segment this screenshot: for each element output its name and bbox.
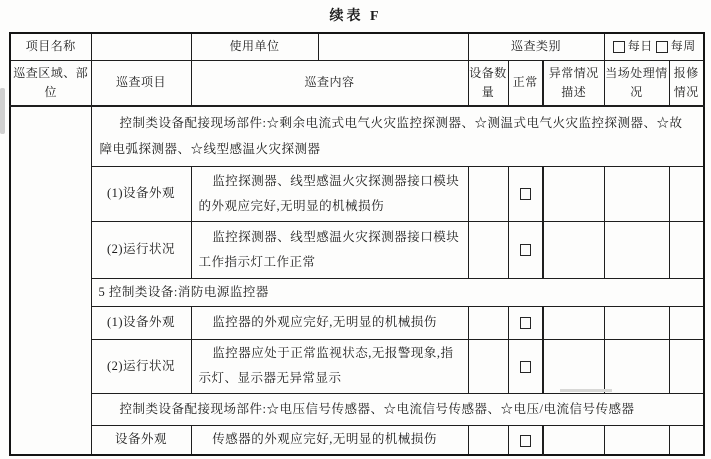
- item-content: 监控器的外观应完好,无明显的机械损伤: [191, 306, 468, 339]
- item-label: (1)设备外观: [91, 166, 191, 221]
- onsite-cell: [604, 425, 669, 455]
- category-label: 巡查类别: [468, 33, 604, 60]
- item-content: 监控探测器、线型感温火灾探测器接口模块的外观应完好,无明显的机械损伤: [191, 166, 468, 221]
- repair-cell: [669, 221, 704, 278]
- normal-cell: [508, 221, 543, 278]
- normal-cell: [508, 339, 543, 393]
- scan-artifact: [0, 88, 5, 134]
- qty-cell: [468, 339, 508, 393]
- qty-cell: [468, 425, 508, 455]
- project-name-value-cell: [91, 33, 191, 60]
- normal-checkbox[interactable]: [520, 361, 531, 373]
- normal-header: 正常: [508, 60, 543, 106]
- content-header: 巡查内容: [191, 60, 468, 106]
- normal-checkbox[interactable]: [520, 188, 531, 200]
- section-note: 控制类设备配接现场部件:☆电压信号传感器、☆电流信号传感器、☆电压/电流信号传感…: [91, 393, 704, 425]
- qty-header: 设备数量: [468, 60, 508, 106]
- abnormal-header: 异常情况描述: [543, 60, 604, 106]
- section-note: 控制类设备配接现场部件:☆剩余电流式电气火灾监控探测器、☆测温式电气火灾监控探测…: [91, 106, 704, 166]
- abnormal-cell: [543, 425, 604, 455]
- inspection-table: 项目名称 使用单位 巡查类别 每日每周 巡查区域、部位 巡查项目 巡查内容 设备…: [9, 32, 705, 456]
- qty-cell: [468, 166, 508, 221]
- qty-cell: [468, 306, 508, 339]
- frequency-cell: 每日每周: [604, 33, 704, 60]
- daily-label: 每日: [628, 37, 653, 56]
- abnormal-cell: [543, 221, 604, 278]
- repair-cell: [669, 166, 704, 221]
- scan-artifact: [560, 389, 612, 392]
- abnormal-cell: [543, 306, 604, 339]
- item-label: 设备外观: [91, 425, 191, 455]
- item-label: (1)设备外观: [91, 306, 191, 339]
- normal-checkbox[interactable]: [520, 435, 531, 447]
- normal-cell: [508, 306, 543, 339]
- project-name-label: 项目名称: [10, 33, 91, 60]
- item-content: 传感器的外观应完好,无明显的机械损伤: [191, 425, 468, 455]
- qty-cell: [468, 221, 508, 278]
- abnormal-cell: [543, 339, 604, 393]
- repair-header: 报修情况: [669, 60, 704, 106]
- abnormal-cell: [543, 166, 604, 221]
- repair-cell: [669, 306, 704, 339]
- using-unit-value-cell: [318, 33, 468, 60]
- normal-cell: [508, 166, 543, 221]
- onsite-cell: [604, 166, 669, 221]
- onsite-cell: [604, 339, 669, 393]
- daily-checkbox[interactable]: [613, 41, 625, 53]
- area-header: 巡查区域、部位: [10, 60, 91, 106]
- weekly-label: 每周: [671, 37, 696, 56]
- item-content: 监控探测器、线型感温火灾探测器接口模块工作指示灯工作正常: [191, 221, 468, 278]
- weekly-checkbox[interactable]: [656, 41, 668, 53]
- item-header: 巡查项目: [91, 60, 191, 106]
- onsite-cell: [604, 221, 669, 278]
- onsite-cell: [604, 306, 669, 339]
- onsite-header: 当场处理情况: [604, 60, 669, 106]
- normal-cell: [508, 425, 543, 455]
- using-unit-label: 使用单位: [191, 33, 318, 60]
- item-content: 监控器应处于正常监视状态,无报警现象,指示灯、显示器无异常显示: [191, 339, 468, 393]
- item-label: (2)运行状况: [91, 221, 191, 278]
- repair-cell: [669, 339, 704, 393]
- repair-cell: [669, 425, 704, 455]
- normal-checkbox[interactable]: [520, 317, 531, 329]
- area-body-cell: [10, 106, 91, 455]
- section-note: 5 控制类设备:消防电源监控器: [91, 278, 704, 306]
- page-title: 续表 F: [0, 0, 711, 25]
- normal-checkbox[interactable]: [520, 244, 531, 256]
- item-label: (2)运行状况: [91, 339, 191, 393]
